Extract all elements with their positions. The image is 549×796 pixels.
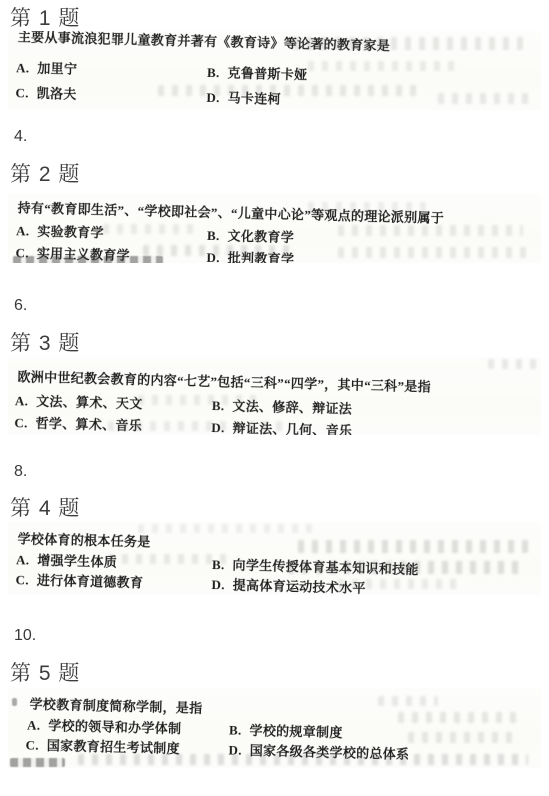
question-3-scan-image: 欧洲中世纪教会教育的内容“七艺”包括“三科”“四学”，其中“三科”是指 A.文法…: [8, 357, 541, 435]
question-1-scan-image: 主要从事流浪犯罪儿童教育并著有《教育诗》等论著的教育家是 A.加里宁 B.克鲁普…: [8, 31, 541, 110]
option-row: A.学校的领导和办学体制: [27, 714, 182, 737]
option-text: 实验教育学: [37, 224, 104, 241]
list-number: 8.: [14, 463, 27, 481]
question-5-scan-image: 学校教育制度简称学制，是指 A.学校的领导和办学体制 B.学校的规章制度 C.国…: [8, 688, 541, 768]
option-row: B.文化教育学: [207, 225, 294, 246]
option-row: C.进行体育道德教育: [15, 569, 143, 591]
question-list-page: 第 1 题 主要从事流浪犯罪儿童教育并著有《教育诗》等论著的教育家是 A.加里宁…: [0, 0, 549, 796]
scan-artifact: [438, 93, 533, 104]
scan-artifact: [488, 359, 541, 369]
option-text: 增强学生体质: [37, 553, 117, 570]
question-3-heading: 第 3 题: [10, 327, 80, 357]
scan-artifact: [338, 225, 523, 236]
scan-artifact: [308, 202, 428, 212]
option-row: A.加里宁: [16, 57, 78, 77]
option-row: C.凯洛夫: [15, 82, 77, 102]
scan-artifact: [143, 245, 293, 256]
scan-artifact: [103, 224, 193, 234]
list-number: 4.: [14, 128, 27, 146]
scan-artifact: [10, 758, 65, 767]
option-text: 文化教育学: [227, 228, 294, 245]
option-text: 学校的规章制度: [249, 723, 342, 740]
option-text: 克鲁普斯卡娅: [227, 65, 307, 82]
option-label: A.: [27, 717, 41, 732]
scan-artifact: [138, 395, 258, 405]
scan-artifact: [338, 579, 458, 589]
scan-artifact: [288, 561, 523, 574]
option-text: 文法、算术、天文: [36, 394, 143, 412]
option-text: 凯洛夫: [37, 86, 77, 102]
scan-artifact: [12, 698, 17, 706]
question-5-heading: 第 5 题: [10, 657, 80, 687]
scan-artifact: [408, 732, 518, 743]
question-5-stem: 学校教育制度简称学制，是指: [29, 694, 202, 717]
scan-artifact: [338, 247, 528, 258]
question-1-heading: 第 1 题: [10, 2, 80, 32]
scan-artifact: [293, 37, 523, 50]
option-label: C.: [14, 415, 28, 430]
option-label: C.: [15, 85, 29, 100]
option-label: B.: [229, 722, 242, 737]
option-row: B.学校的规章制度: [229, 719, 343, 741]
option-label: A.: [15, 393, 29, 408]
option-label: D.: [211, 577, 225, 592]
scan-artifact: [138, 524, 318, 533]
question-2-heading: 第 2 题: [10, 158, 80, 188]
option-row: A.文法、算术、天文: [15, 390, 143, 412]
question-4-heading: 第 4 题: [10, 492, 80, 522]
option-label: B.: [207, 65, 220, 80]
scan-artifact: [108, 554, 228, 564]
scan-artifact: [308, 61, 458, 71]
option-label: A.: [16, 60, 30, 75]
option-label: C.: [15, 572, 29, 587]
scan-artifact: [378, 696, 438, 706]
scan-artifact: [158, 85, 418, 96]
option-label: C.: [25, 737, 39, 752]
option-text: 加里宁: [37, 61, 77, 77]
scan-artifact: [108, 421, 288, 431]
question-4-scan-image: 学校体育的根本任务是 A.增强学生体质 B.向学生传授体育基本知识和技能 C.进…: [8, 522, 541, 595]
scan-artifact: [298, 540, 528, 553]
option-row: A.实验教育学: [16, 220, 104, 241]
option-text: 进行体育道德教育: [37, 573, 144, 591]
list-number: 6.: [14, 297, 27, 315]
question-4-stem: 学校体育的根本任务是: [17, 528, 150, 550]
option-row: A.增强学生体质: [16, 549, 117, 570]
scan-artifact: [78, 754, 528, 765]
scan-artifact: [398, 712, 518, 723]
option-row: B.克鲁普斯卡娅: [207, 62, 308, 83]
option-label: B.: [207, 228, 220, 243]
option-label: A.: [16, 552, 30, 567]
list-number: 10.: [14, 627, 36, 645]
option-label: A.: [16, 223, 30, 238]
option-text: 学校的领导和办学体制: [48, 718, 181, 736]
question-2-scan-image: 持有“教育即生活”、“学校即社会”、“儿童中心论”等观点的理论派别属于 A.实验…: [8, 194, 541, 263]
scan-artifact: [13, 256, 163, 263]
